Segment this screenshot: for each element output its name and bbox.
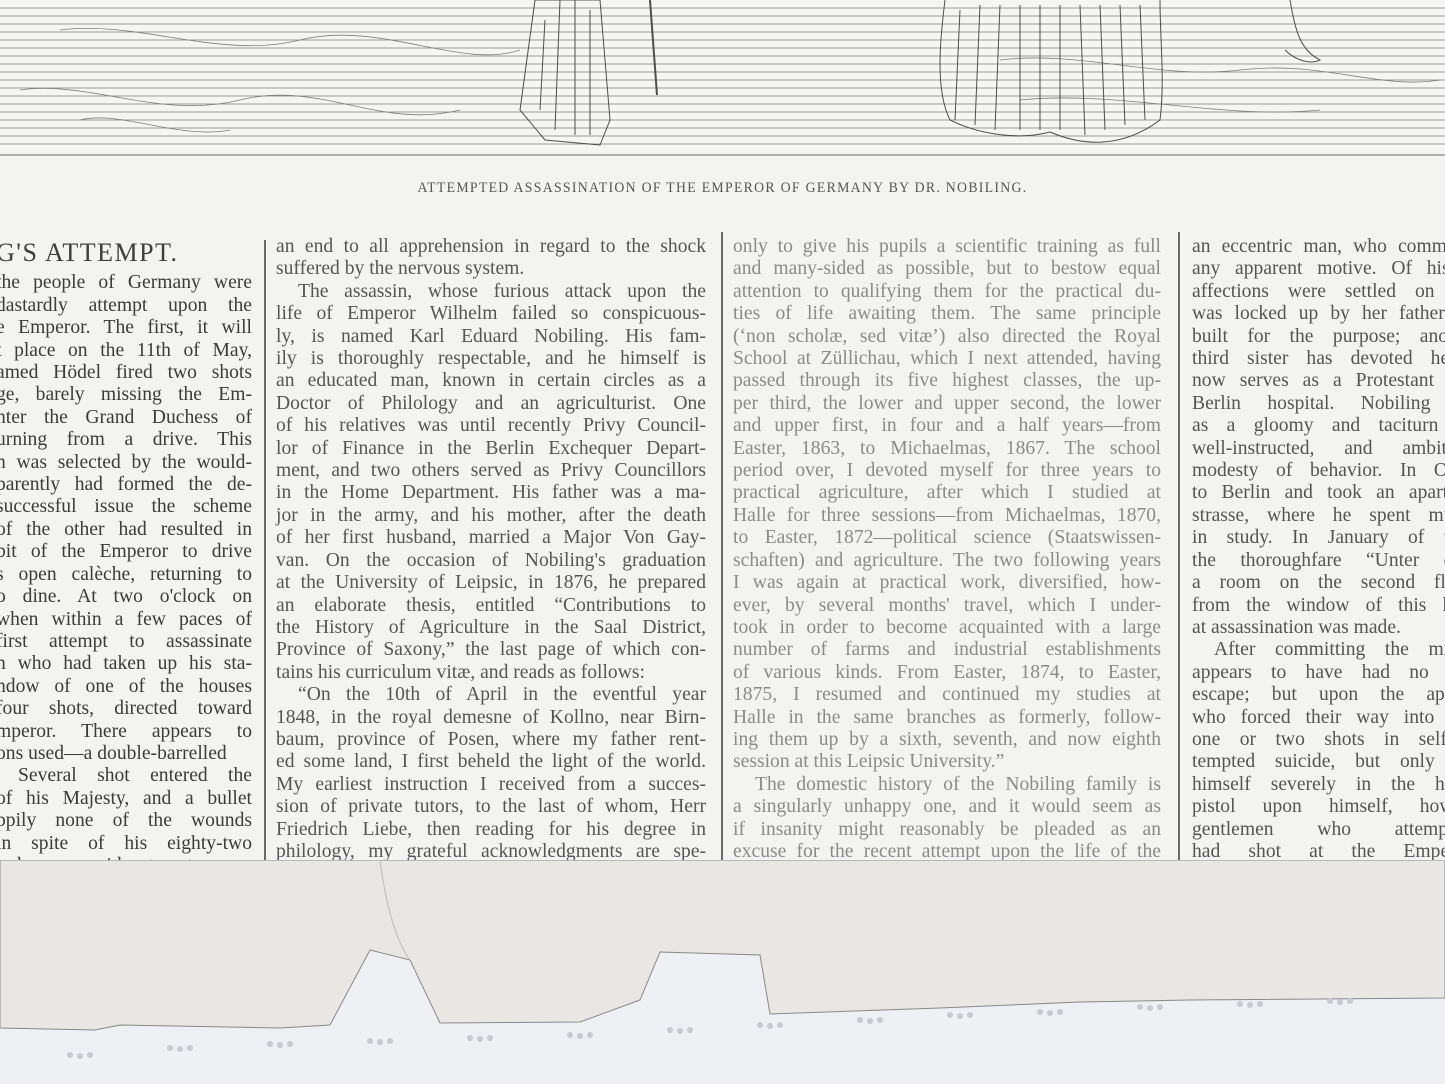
text-line: ties of life awaiting them. The same pri…	[733, 303, 1161, 325]
text-line: pistol upon himself, howev	[1192, 796, 1445, 818]
text-line: After committing the miser	[1192, 639, 1445, 661]
text-line: n was selected by the would-	[0, 452, 252, 474]
text-line: at the University of Leipsic, in 1876, h…	[276, 572, 706, 594]
text-line: built for the purpose; anothe	[1192, 326, 1445, 348]
column-rule-2	[721, 232, 723, 862]
column-3-text: only to give his pupils a scientific tra…	[733, 236, 1161, 886]
text-line: “On the 10th of April in the eventful ye…	[276, 684, 706, 706]
column-4-text: an eccentric man, who committeany appare…	[1192, 236, 1445, 886]
text-line: (‘non scholæ, sed vitæ’) also directed t…	[733, 326, 1161, 348]
text-line: passed through its five highest classes,…	[733, 370, 1161, 392]
text-line: himself severely in the head	[1192, 774, 1445, 796]
text-line: an end to all apprehension in regard to …	[276, 236, 706, 258]
article-heading: G'S ATTEMPT.	[0, 242, 252, 264]
text-line: n who had taken up his sta-	[0, 653, 252, 675]
text-line: 1875, I resumed and continued my studies…	[733, 684, 1161, 706]
text-line: of her first husband, married a Major Vo…	[276, 527, 706, 549]
torn-page-edge	[0, 860, 1445, 1084]
text-line: only to give his pupils a scientific tra…	[733, 236, 1161, 258]
text-line: ing them up by a sixth, seventh, and now…	[733, 729, 1161, 751]
text-line: when within a few paces of	[0, 609, 252, 631]
text-line: per third, the lower and upper second, t…	[733, 393, 1161, 415]
text-line: ppily none of the wounds	[0, 810, 252, 832]
text-line: was locked up by her father in	[1192, 303, 1445, 325]
street-scene-engraving	[0, 0, 1445, 158]
text-line: at assassination was made.	[1192, 617, 1445, 639]
text-line: ment, and two others served as Privy Cou…	[276, 460, 706, 482]
text-line: from the window of this hou	[1192, 595, 1445, 617]
text-line: ge, barely missing the Em-	[0, 384, 252, 406]
text-line: the thoroughfare “Unter den	[1192, 550, 1445, 572]
text-line: took in order to become acquainted with …	[733, 617, 1161, 639]
text-line: ndow of one of the houses	[0, 676, 252, 698]
text-line: in spite of his eighty-two	[0, 833, 252, 855]
text-line: escape; but upon the appea	[1192, 684, 1445, 706]
text-line: and many-sided as possible, but to besto…	[733, 258, 1161, 280]
text-line: sion of private tutors, to the last of w…	[276, 796, 706, 818]
text-line: Halle in the same branches as formerly, …	[733, 707, 1161, 729]
text-line: ily is thoroughly respectable, and he hi…	[276, 348, 706, 370]
text-line: Easter, 1863, to Michaelmas, 1867. The s…	[733, 438, 1161, 460]
text-line: mperor. There appears to	[0, 721, 252, 743]
article-column-3: only to give his pupils a scientific tra…	[733, 236, 1161, 886]
text-line: as a gloomy and taciturn in	[1192, 415, 1445, 437]
article-column-4: an eccentric man, who committeany appare…	[1192, 236, 1445, 886]
text-line: t place on the 11th of May,	[0, 340, 252, 362]
text-line: session at this Leipsic University.”	[733, 751, 1161, 773]
text-line: four shots, directed toward	[0, 698, 252, 720]
text-line: bit of the Emperor to drive	[0, 541, 252, 563]
text-line: Doctor of Philology and an agriculturist…	[276, 393, 706, 415]
text-line: schaften) and agriculture. The two follo…	[733, 550, 1161, 572]
text-line: the people of Germany were	[0, 272, 252, 294]
text-line: of his Majesty, and a bullet	[0, 788, 252, 810]
text-line: a singularly unhappy one, and it would s…	[733, 796, 1161, 818]
text-line: to Berlin and took an apartme	[1192, 482, 1445, 504]
text-line: lor of Finance in the Berlin Exchequer D…	[276, 438, 706, 460]
text-line: in study. In January of this	[1192, 527, 1445, 549]
text-line: ons used—a double-barrelled	[0, 743, 252, 765]
text-line: School at Züllichau, which I next attend…	[733, 348, 1161, 370]
text-line: the History of Agriculture in the Saal D…	[276, 617, 706, 639]
text-line: Halle for three sessions—from Michaelmas…	[733, 505, 1161, 527]
text-line: baum, province of Posen, where my father…	[276, 729, 706, 751]
text-line: first attempt to assassinate	[0, 631, 252, 653]
text-line: a room on the second floor	[1192, 572, 1445, 594]
text-line: Berlin hospital. Nobiling hi	[1192, 393, 1445, 415]
text-line: one or two shots in self-de	[1192, 729, 1445, 751]
text-line: suffered by the nervous system.	[276, 258, 706, 280]
text-line: 1848, in the royal demesne of Kollno, ne…	[276, 707, 706, 729]
text-line: My earliest instruction I received from …	[276, 774, 706, 796]
text-line: van. On the occasion of Nobiling's gradu…	[276, 550, 706, 572]
text-line: s open calèche, returning to	[0, 564, 252, 586]
text-line: appears to have had no ide	[1192, 662, 1445, 684]
text-line: e Emperor. The first, it will	[0, 317, 252, 339]
column-1-text: the people of Germany weredastardly atte…	[0, 272, 252, 877]
text-line: well-instructed, and ambitiou	[1192, 438, 1445, 460]
text-line: if insanity might reasonably be pleaded …	[733, 819, 1161, 841]
text-line: an eccentric man, who committe	[1192, 236, 1445, 258]
text-line: urning from a drive. This	[0, 429, 252, 451]
text-line: of the other had resulted in	[0, 519, 252, 541]
text-line: tains his curriculum vitæ, and reads as …	[276, 662, 706, 684]
text-line: an educated man, known in certain circle…	[276, 370, 706, 392]
text-line: of various kinds. From Easter, 1874, to …	[733, 662, 1161, 684]
text-line: an elaborate thesis, entitled “Contribut…	[276, 595, 706, 617]
text-line: of his relatives was until recently Priv…	[276, 415, 706, 437]
text-line: parently had formed the de-	[0, 474, 252, 496]
text-line: in the Home Department. His father was a…	[276, 482, 706, 504]
engraving-illustration	[0, 0, 1445, 158]
text-line: o dine. At two o'clock on	[0, 586, 252, 608]
text-line: life of Emperor Wilhelm failed so conspi…	[276, 303, 706, 325]
text-line: nter the Grand Duchess of	[0, 407, 252, 429]
text-line: successful issue the scheme	[0, 496, 252, 518]
text-line: ly, is named Karl Eduard Nobiling. His f…	[276, 326, 706, 348]
text-line: jor in the army, and his mother, after t…	[276, 505, 706, 527]
column-2-text: an end to all apprehension in regard to …	[276, 236, 706, 886]
text-line: now serves as a Protestant Sis	[1192, 370, 1445, 392]
text-line: period over, I devoted myself for three …	[733, 460, 1161, 482]
text-line: third sister has devoted herse	[1192, 348, 1445, 370]
text-line: amed Hödel fired two shots	[0, 362, 252, 384]
text-line: affections were settled on an	[1192, 281, 1445, 303]
column-rule-3	[1178, 232, 1180, 862]
text-line: Several shot entered the	[0, 765, 252, 787]
text-line: Province of Saxony,” the last page of wh…	[276, 639, 706, 661]
text-line: and upper first, in four and a half year…	[733, 415, 1161, 437]
text-line: strasse, where he spent much	[1192, 505, 1445, 527]
text-line: number of farms and industrial establish…	[733, 639, 1161, 661]
text-line: dastardly attempt upon the	[0, 295, 252, 317]
article-column-2: an end to all apprehension in regard to …	[276, 236, 706, 886]
text-line: practical agriculture, after which I stu…	[733, 482, 1161, 504]
article-column-1: G'S ATTEMPT. the people of Germany wered…	[0, 236, 252, 877]
text-line: to Easter, 1872—political science (Staat…	[733, 527, 1161, 549]
text-line: modesty of behavior. In Octo	[1192, 460, 1445, 482]
illustration-caption: ATTEMPTED ASSASSINATION OF THE EMPEROR O…	[58, 180, 1387, 197]
text-line: attention to qualifying them for the pra…	[733, 281, 1161, 303]
text-line: ed some land, I first beheld the light o…	[276, 751, 706, 773]
text-line: tempted suicide, but only su	[1192, 751, 1445, 773]
text-line: Friedrich Liebe, then reading for his de…	[276, 819, 706, 841]
text-line: The domestic history of the Nobiling fam…	[733, 774, 1161, 796]
text-line: The assassin, whose furious attack upon …	[276, 281, 706, 303]
text-line: who forced their way into his	[1192, 707, 1445, 729]
column-rule-1	[264, 240, 266, 862]
text-line: I was again at practical work, diversifi…	[733, 572, 1161, 594]
text-line: ever, by several months' travel, which I…	[733, 595, 1161, 617]
text-line: any apparent motive. Of his s	[1192, 258, 1445, 280]
text-line: gentlemen who attempted	[1192, 819, 1445, 841]
